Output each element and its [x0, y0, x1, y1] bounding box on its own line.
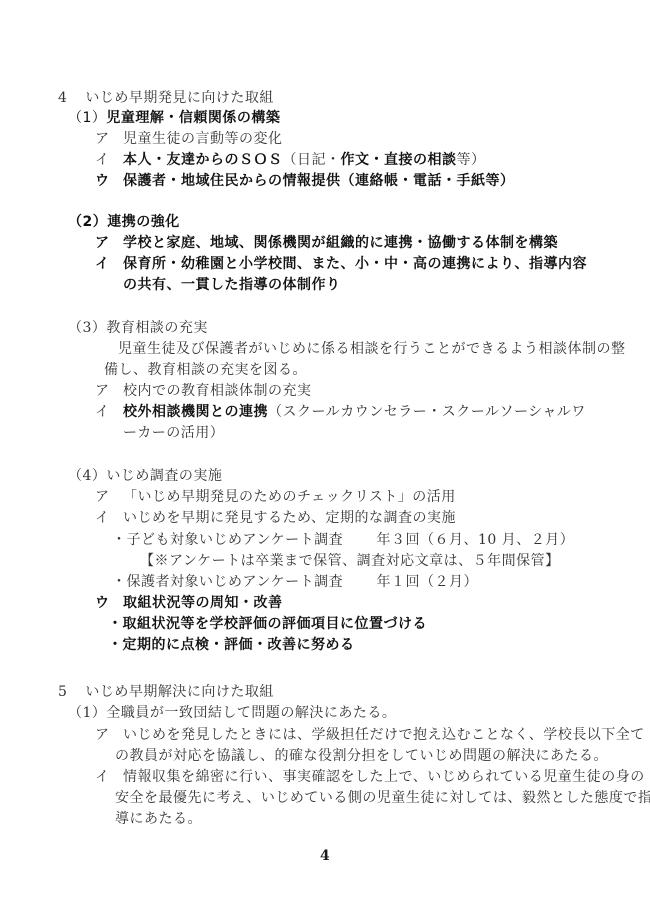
section-4-heading: 4いじめ早期発見に向けた取組 — [58, 88, 274, 108]
item-text: 情報収集を綿密に行い、事実確認をした上で、いじめられている児童生徒の身の — [123, 769, 645, 785]
subsection-label: （3） — [68, 320, 106, 336]
subsection-5-1-heading: （1）全職員が一致団結して問題の解決にあたる。 — [68, 703, 396, 723]
subsection-4-1-heading: （1）児童理解・信頼関係の構築 — [68, 108, 280, 128]
item-mark: ア — [95, 129, 123, 149]
subsection-label: （2） — [68, 214, 107, 230]
survey-item: ・保護者対象いじめアンケート調査年１回（２月） — [112, 572, 478, 592]
item-mark: ウ — [95, 593, 123, 613]
item-text-normal: （スクールカウンセラー・スクールソーシャルワ — [268, 404, 586, 420]
section-number: 4 — [58, 90, 67, 106]
item-mark: イ — [95, 254, 123, 274]
subsection-4-2-heading: （2）連携の強化 — [68, 212, 180, 232]
list-item: イいじめを早期に発見するため、定期的な調査の実施 — [95, 508, 456, 528]
subsection-title: 連携の強化 — [107, 214, 180, 230]
subsection-title: 児童理解・信頼関係の構築 — [106, 110, 280, 126]
list-item: ア児童生徒の言動等の変化 — [95, 129, 283, 149]
subsection-title: 教育相談の充実 — [106, 320, 208, 336]
subsection-label: （1） — [68, 110, 106, 126]
list-item: アいじめを発見したときには、学級担任だけで抱え込むことなく、学校長以下全て — [95, 725, 645, 745]
survey-frequency: 年１回（２月） — [377, 574, 479, 590]
list-item-continuation: 導にあたる。 — [115, 809, 202, 829]
paragraph-line: 備し、教育相談の充実を図る。 — [104, 360, 307, 380]
bullet-item: ・取組状況等を学校評価の評価項目に位置づける — [108, 614, 427, 634]
list-item-continuation: ーカーの活用） — [123, 423, 224, 443]
item-mark: ア — [95, 381, 123, 401]
survey-name: 子ども対象いじめアンケート調査 — [127, 530, 377, 550]
item-mark: イ — [95, 767, 123, 787]
item-mark: イ — [95, 508, 123, 528]
subsection-title: いじめ調査の実施 — [106, 468, 222, 484]
survey-frequency: 年３回（６月、10 月、２月） — [377, 532, 575, 548]
list-item: イ校外相談機関との連携（スクールカウンセラー・スクールソーシャルワ — [95, 402, 586, 422]
item-text: 取組状況等の周知・改善 — [123, 595, 283, 611]
section-title: いじめ早期発見に向けた取組 — [85, 90, 274, 106]
subsection-4-4-heading: （4）いじめ調査の実施 — [68, 466, 222, 486]
list-item: イ本人・友達からのＳＯＳ（日記・作文・直接の相談等） — [95, 150, 486, 170]
item-text-bold: 作文・直接の相談 — [341, 152, 457, 168]
list-item: ウ取組状況等の周知・改善 — [95, 593, 283, 613]
item-text: いじめを発見したときには、学級担任だけで抱え込むことなく、学校長以下全て — [123, 727, 645, 743]
item-mark: イ — [95, 150, 123, 170]
list-item: イ保育所・幼稚園と小学校間、また、小・中・高の連携により、指導内容 — [95, 254, 587, 274]
section-title: いじめ早期解決に向けた取組 — [85, 684, 274, 700]
item-text: 保育所・幼稚園と小学校間、また、小・中・高の連携により、指導内容 — [123, 256, 587, 272]
survey-note: 【※アンケートは卒業まで保管、調査対応文章は、５年間保管】 — [140, 551, 560, 571]
list-item: ア校内での教育相談体制の充実 — [95, 381, 312, 401]
item-text: いじめを早期に発見するため、定期的な調査の実施 — [123, 510, 456, 526]
subsection-label: （4） — [68, 468, 106, 484]
subsection-title: 全職員が一致団結して問題の解決にあたる。 — [106, 705, 396, 721]
item-mark: イ — [95, 402, 123, 422]
section-5-heading: 5いじめ早期解決に向けた取組 — [58, 682, 274, 702]
item-mark: ア — [95, 725, 123, 745]
item-mark: ア — [95, 487, 123, 507]
bullet: ・ — [112, 574, 127, 590]
item-text-normal: 等） — [457, 152, 486, 168]
item-text: 保護者・地域住民からの情報提供（連絡帳・電話・手紙等） — [123, 173, 515, 189]
subsection-label: （1） — [68, 705, 106, 721]
item-text-normal: （日記・ — [283, 152, 341, 168]
section-number: 5 — [58, 684, 67, 700]
item-text: 校内での教育相談体制の充実 — [123, 383, 312, 399]
bullet: ・ — [112, 532, 127, 548]
list-item: イ情報収集を綿密に行い、事実確認をした上で、いじめられている児童生徒の身の — [95, 767, 645, 787]
list-item: ア学校と家庭、地域、関係機関が組織的に連携・協働する体制を構築 — [95, 233, 558, 253]
list-item: ア「いじめ早期発見のためのチェックリスト」の活用 — [95, 487, 456, 507]
item-text-bold: 本人・友達からのＳＯＳ — [123, 152, 283, 168]
item-text: 児童生徒の言動等の変化 — [123, 131, 283, 147]
item-mark: ウ — [95, 171, 123, 191]
item-text: 学校と家庭、地域、関係機関が組織的に連携・協働する体制を構築 — [123, 235, 558, 251]
survey-name: 保護者対象いじめアンケート調査 — [127, 572, 377, 592]
item-text: 「いじめ早期発見のためのチェックリスト」の活用 — [123, 489, 456, 505]
item-mark: ア — [95, 233, 123, 253]
page-number: 4 — [320, 848, 330, 864]
list-item-continuation: の教員が対応を協議し、的確な役割分担をしていじめ問題の解決にあたる。 — [115, 746, 608, 766]
item-text-bold: 校外相談機関との連携 — [123, 404, 268, 420]
list-item-continuation: の共有、一貫した指導の体制作り — [123, 275, 341, 295]
bullet-item: ・定期的に点検・評価・改善に努める — [108, 635, 355, 655]
paragraph-line: 児童生徒及び保護者がいじめに係る相談を行うことができるよう相談体制の整 — [118, 339, 626, 359]
list-item-continuation: 安全を最優先に考え、いじめている側の児童生徒に対しては、毅然とした態度で指 — [115, 788, 650, 808]
list-item: ウ保護者・地域住民からの情報提供（連絡帳・電話・手紙等） — [95, 171, 515, 191]
survey-item: ・子ども対象いじめアンケート調査年３回（６月、10 月、２月） — [112, 530, 574, 550]
subsection-4-3-heading: （3）教育相談の充実 — [68, 318, 208, 338]
